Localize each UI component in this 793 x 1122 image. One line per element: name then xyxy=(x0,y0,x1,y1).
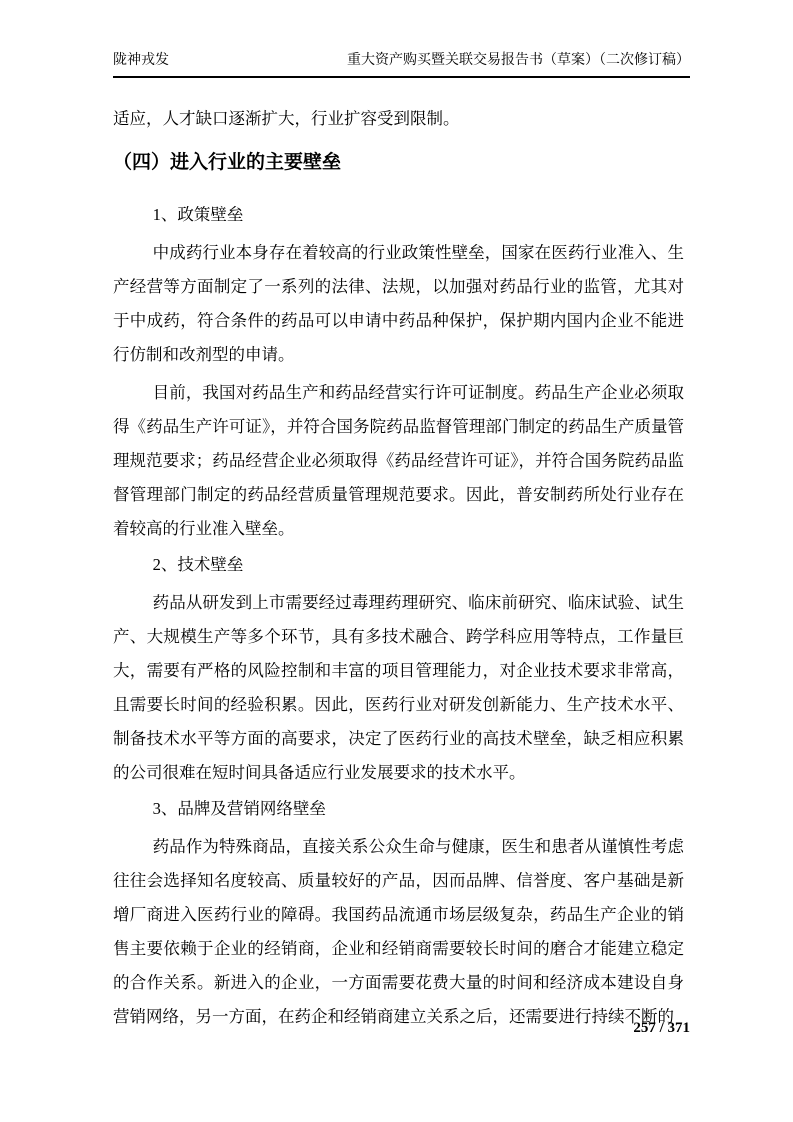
document-body: 适应，人才缺口逐渐扩大，行业扩容受到限制。 （四）进入行业的主要壁垒 1、政策壁… xyxy=(113,102,684,1034)
subsection-title-technology-barrier: 2、技术壁垒 xyxy=(113,548,684,582)
paragraph-policy-2: 目前，我国对药品生产和药品经营实行许可证制度。药品生产企业必须取得《药品生产许可… xyxy=(113,376,684,546)
page-footer: 257 / 371 xyxy=(633,1020,690,1037)
page-header: 陇神戎发 重大资产购买暨关联交易报告书（草案）（二次修订稿） xyxy=(113,0,690,78)
section-heading: （四）进入行业的主要壁垒 xyxy=(113,148,684,178)
subsection-title-brand-network-barrier: 3、品牌及营销网络壁垒 xyxy=(113,792,684,826)
paragraph-technology-1: 药品从研发到上市需要经过毒理药理研究、临床前研究、临床试验、试生产、大规模生产等… xyxy=(113,586,684,790)
subsection-title-policy-barrier: 1、政策壁垒 xyxy=(113,198,684,232)
document-page: 陇神戎发 重大资产购买暨关联交易报告书（草案）（二次修订稿） 适应，人才缺口逐渐… xyxy=(0,0,793,1122)
page-number: 257 / 371 xyxy=(633,1020,690,1036)
header-document-title: 重大资产购买暨关联交易报告书（草案）（二次修订稿） xyxy=(347,52,690,70)
header-company-name: 陇神戎发 xyxy=(113,52,169,70)
paragraph-brand-1: 药品作为特殊商品，直接关系公众生命与健康，医生和患者从谨慎性考虑往往会选择知名度… xyxy=(113,830,684,1034)
paragraph-policy-1: 中成药行业本身存在着较高的行业政策性壁垒，国家在医药行业准入、生产经营等方面制定… xyxy=(113,236,684,372)
paragraph-continuation: 适应，人才缺口逐渐扩大，行业扩容受到限制。 xyxy=(113,102,684,136)
